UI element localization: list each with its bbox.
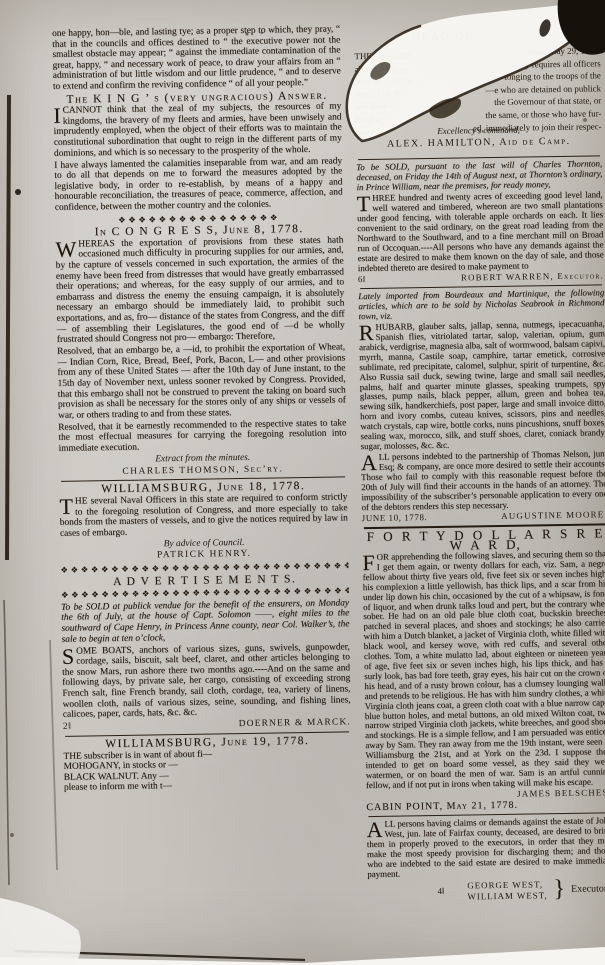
paragraph: THREE hundred and twenty acres of exceed… xyxy=(357,191,604,274)
paragraph: To be SOLD, pursuant to the last will of… xyxy=(356,159,602,193)
signature-left: JUNE 10, 1778. xyxy=(362,513,428,524)
paragraph-text: CANNOT think that the zeal of my subject… xyxy=(54,102,342,159)
signature-left: 2‖ xyxy=(63,722,72,733)
drop-cap: T xyxy=(357,194,373,213)
left-edge-low xyxy=(4,600,9,885)
paragraph-text: To be SOLD, pursuant to the last will of… xyxy=(356,158,602,192)
paragraph-text: I have always lamented the calamities in… xyxy=(54,156,343,213)
torn-right-fragments: —orge, May 29, 1778.—ively requires all … xyxy=(404,44,601,135)
paragraph: I have always lamented the calamities in… xyxy=(54,156,343,213)
executors-label: Executors. xyxy=(571,884,605,895)
paragraph: FOR apprehending the following slaves, a… xyxy=(362,549,605,791)
signature-left: 6‖ xyxy=(358,275,366,285)
signature-right: AUGUSTINE MOORE. xyxy=(501,511,605,523)
paragraph-text: HEREAS the exportation of provisions fro… xyxy=(56,235,345,345)
bottom-tear xyxy=(0,947,605,965)
drop-cap: A xyxy=(366,820,384,839)
paragraph-text: Lately imported from Bourdeaux and Marti… xyxy=(358,287,604,321)
paragraph: Resolved, that it be earnestly recommend… xyxy=(58,418,346,454)
torn-paragraph: THE subscriber is in want of about fi—MO… xyxy=(63,747,352,794)
drop-cap: R xyxy=(359,323,376,342)
signature-right: ROBERT WARREN, Executor. xyxy=(461,271,604,283)
newspaper-page: one happy, hon—ble, and lasting tye; as … xyxy=(0,0,605,965)
signature-row: JUNE 10, 1778.AUGUSTINE MOORE. xyxy=(362,511,605,525)
section-heading: CABIN POINT, May 21, 1778. xyxy=(366,799,605,813)
signature-right: JAMES BELSCHES. xyxy=(517,789,605,800)
executor-name: GEORGE WEST, xyxy=(467,879,547,891)
paragraph: ALL persons having claims or demands aga… xyxy=(366,816,605,879)
page-columns: one happy, hon—ble, and lasting tye; as … xyxy=(52,20,600,29)
paragraph: To be SOLD at publick vendue for the ben… xyxy=(61,598,350,645)
margin-dot xyxy=(15,189,21,195)
headquarters-heading: HEAD QU— xyxy=(412,32,488,43)
signature-row: 6‖ROBERT WARREN, Executor. xyxy=(358,271,604,285)
left-edge xyxy=(5,95,11,560)
paragraph: one happy, hon—ble, and lasting tye; as … xyxy=(52,24,341,92)
paragraph: SOME BOATS, anchors of various sizes, gu… xyxy=(62,642,351,721)
signature-line: ALEX. HAMILTON, Aid de Camp. xyxy=(356,136,602,150)
paragraph: RHUBARB, glauber salts, jallap, senna, n… xyxy=(359,319,605,452)
paragraph-text: Resolved, that it be earnestly recommend… xyxy=(58,418,346,454)
drop-cap: W xyxy=(55,239,78,258)
paragraph-text: To be SOLD at publick vendue for the ben… xyxy=(61,598,349,644)
fold-crease xyxy=(50,640,57,870)
executors-block: 4‖GEORGE WEST,WILLIAM WEST,}Executors. xyxy=(367,878,605,904)
drop-cap: A xyxy=(361,453,379,472)
torn-headquarters-notice: HEAD QU—THE Command—absent from —state o… xyxy=(354,20,602,156)
bottom-edge xyxy=(14,951,305,960)
paragraph: THE several Naval Officers in this state… xyxy=(59,492,348,539)
brace-glyph: } xyxy=(553,885,565,895)
paragraph-text: Resolved, that an embargo be, a —id, to … xyxy=(57,343,346,421)
executor-names: GEORGE WEST,WILLIAM WEST, xyxy=(467,879,548,902)
page-mark: 4‖ xyxy=(368,886,445,897)
left-column: one happy, hon—ble, and lasting tye; as … xyxy=(52,24,352,795)
drop-cap: T xyxy=(59,497,75,516)
paragraph: ALL persons indebted to the partnership … xyxy=(361,450,605,513)
paragraph-text: one happy, hon—ble, and lasting tye; as … xyxy=(52,24,341,91)
paragraph-text: LL persons having claims or demands agai… xyxy=(367,815,605,878)
signature-right: DOERNER & MARCK. xyxy=(239,718,351,730)
paragraph-text: OME BOATS, anchors of various sizes, gun… xyxy=(62,642,351,720)
paragraph-text: LL persons indebted to the partnership o… xyxy=(361,449,605,512)
right-column: HEAD QU—THE Command—absent from —state o… xyxy=(354,20,605,903)
paragraph-text: OR apprehending the following slaves, an… xyxy=(363,548,605,790)
paragraph: ICANNOT think that the zeal of my subjec… xyxy=(53,102,342,159)
executor-name: WILLIAM WEST, xyxy=(467,890,547,902)
paragraph: WHEREAS the exportation of provisions fr… xyxy=(55,235,345,345)
drop-cap: S xyxy=(62,646,77,665)
paragraph-text: HE several Naval Officers in this state … xyxy=(60,492,348,538)
paragraph: Resolved, that an embargo be, a —id, to … xyxy=(57,343,346,422)
paragraph-text: HUBARB, glauber salts, jallap, senna, nu… xyxy=(359,318,605,451)
paragraph: Lately imported from Bourdeaux and Marti… xyxy=(358,288,604,322)
bottom-left-tear xyxy=(0,898,81,965)
drop-cap: F xyxy=(362,553,377,572)
paragraph-text: HREE hundred and twenty acres of exceedi… xyxy=(357,190,604,273)
